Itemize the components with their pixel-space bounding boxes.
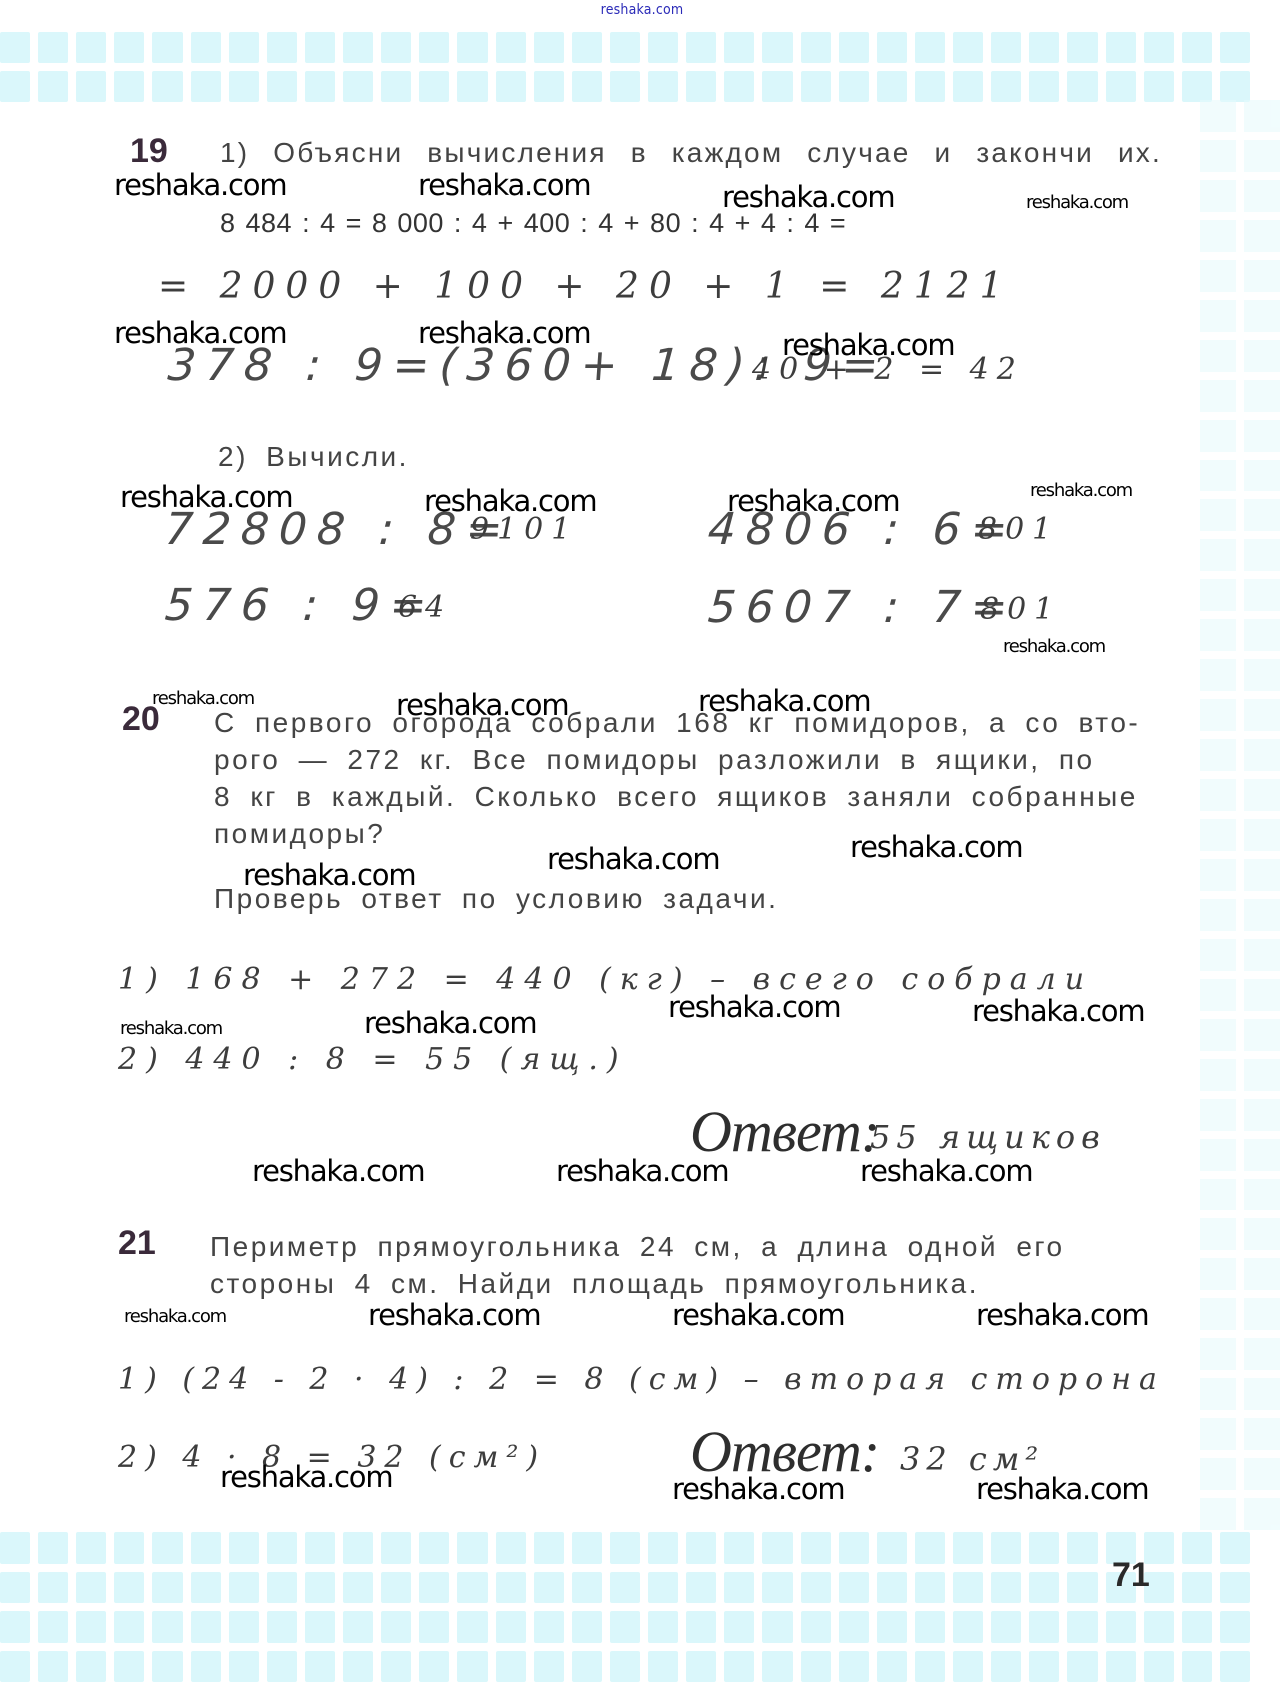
grid-square — [1220, 1651, 1250, 1683]
grid-square — [1244, 819, 1280, 851]
grid-square — [267, 1651, 297, 1683]
grid-square — [1244, 460, 1280, 492]
grid-square — [38, 1572, 68, 1604]
grid-square — [1244, 499, 1280, 531]
grid-square — [1106, 32, 1136, 63]
grid-square — [724, 1572, 754, 1604]
grid-square — [1244, 979, 1280, 1011]
grid-square — [1200, 1338, 1236, 1370]
grid-square — [1244, 699, 1280, 731]
watermark: reshaka.com — [152, 688, 254, 709]
grid-square — [1244, 579, 1280, 611]
grid-square — [1029, 1532, 1059, 1564]
grid-square — [762, 1611, 792, 1643]
grid-square — [114, 1532, 144, 1564]
grid-square — [1200, 180, 1236, 212]
grid-square — [1029, 1611, 1059, 1643]
grid-square — [648, 1532, 678, 1564]
grid-square — [381, 1572, 411, 1604]
watermark: reshaka.com — [860, 1154, 1032, 1188]
task-21-line-2: стороны 4 см. Найди площадь прямоугольни… — [210, 1265, 1065, 1302]
grid-square — [496, 1572, 526, 1604]
grid-square — [1244, 1498, 1280, 1530]
calc-3-answer: 64 — [398, 590, 452, 625]
grid-square — [991, 32, 1021, 63]
grid-square — [610, 1572, 640, 1604]
grid-square — [1220, 1572, 1250, 1604]
grid-square — [1244, 779, 1280, 811]
grid-square — [915, 1532, 945, 1564]
grid-square — [686, 1651, 716, 1683]
grid-square — [114, 1651, 144, 1683]
grid-square — [267, 71, 297, 102]
grid-square — [1200, 579, 1236, 611]
grid-square — [1200, 899, 1236, 931]
grid-square — [114, 1611, 144, 1643]
grid-square — [839, 1611, 869, 1643]
grid-square — [76, 71, 106, 102]
task-20-answer-value: 55 ящиков — [870, 1118, 1106, 1156]
grid-square — [1244, 1258, 1280, 1290]
grid-square — [343, 71, 373, 102]
grid-square — [648, 1572, 678, 1604]
grid-square — [877, 1651, 907, 1683]
grid-square — [419, 1532, 449, 1564]
grid-square — [1244, 1179, 1280, 1211]
grid-square — [38, 1651, 68, 1683]
grid-square — [1182, 1651, 1212, 1683]
grid-square — [1106, 1651, 1136, 1683]
grid-square — [457, 1572, 487, 1604]
grid-square — [1067, 1532, 1097, 1564]
grid-square — [496, 32, 526, 63]
grid-square — [1200, 420, 1236, 452]
grid-square — [1200, 859, 1236, 891]
grid-square — [496, 1651, 526, 1683]
task-19-part1-prompt: 1) Объясни вычисления в каждом случае и … — [220, 134, 1162, 171]
watermark: reshaka.com — [976, 1472, 1148, 1506]
grid-square — [762, 32, 792, 63]
grid-square — [839, 1651, 869, 1683]
grid-square — [343, 1572, 373, 1604]
grid-square — [572, 71, 602, 102]
grid-square — [801, 32, 831, 63]
grid-square — [839, 32, 869, 63]
grid-square — [38, 71, 68, 102]
grid-square — [991, 1651, 1021, 1683]
watermark: reshaka.com — [120, 1018, 222, 1039]
task-20-solution-1: 1) 168 + 272 = 440 (кг) – всего собрали — [118, 962, 1093, 997]
task-21-number: 21 — [118, 1224, 156, 1263]
grid-square — [1244, 100, 1280, 132]
task-20-solution-2: 2) 440 : 8 = 55 (ящ.) — [118, 1042, 628, 1077]
task-19-number: 19 — [130, 132, 168, 171]
watermark: reshaka.com — [220, 1460, 392, 1494]
grid-square — [572, 1611, 602, 1643]
grid-square — [1200, 779, 1236, 811]
watermark: reshaka.com — [120, 480, 292, 514]
grid-square — [191, 1532, 221, 1564]
grid-square — [610, 1651, 640, 1683]
grid-square — [381, 71, 411, 102]
grid-square — [762, 1572, 792, 1604]
grid-square — [1200, 1019, 1236, 1051]
watermark: reshaka.com — [396, 688, 568, 722]
grid-square — [1244, 420, 1280, 452]
calc-4-answer: 801 — [980, 592, 1061, 627]
grid-square — [0, 1572, 30, 1604]
grid-square — [724, 1532, 754, 1564]
grid-square — [1067, 1611, 1097, 1643]
grid-square — [534, 32, 564, 63]
watermark: reshaka.com — [668, 990, 840, 1024]
task-21-solution-1: 1) (24 - 2 · 4) : 2 = 8 (см) – вторая ст… — [118, 1362, 1165, 1397]
grid-square — [38, 32, 68, 63]
grid-square — [1200, 100, 1236, 132]
grid-square — [343, 1651, 373, 1683]
grid-square — [381, 1611, 411, 1643]
grid-square — [839, 1532, 869, 1564]
grid-square — [343, 32, 373, 63]
grid-square — [991, 1572, 1021, 1604]
grid-square — [1200, 659, 1236, 691]
grid-square — [1244, 220, 1280, 252]
grid-square — [534, 1532, 564, 1564]
grid-square — [1244, 1298, 1280, 1330]
watermark: reshaka.com — [1003, 636, 1105, 657]
grid-square — [229, 1611, 259, 1643]
grid-square — [381, 32, 411, 63]
grid-square — [877, 1572, 907, 1604]
watermark: reshaka.com — [698, 684, 870, 718]
watermark: reshaka.com — [850, 830, 1022, 864]
grid-square — [1200, 1179, 1236, 1211]
grid-square — [76, 1611, 106, 1643]
grid-square — [0, 32, 30, 63]
grid-square — [991, 1532, 1021, 1564]
grid-square — [1144, 32, 1174, 63]
grid-square — [114, 1572, 144, 1604]
grid-square — [1220, 32, 1250, 63]
grid-square — [572, 1572, 602, 1604]
grid-square — [648, 1651, 678, 1683]
grid-square — [877, 32, 907, 63]
grid-square — [191, 1572, 221, 1604]
watermark: reshaka.com — [243, 858, 415, 892]
grid-square — [1220, 1532, 1250, 1564]
grid-square — [762, 71, 792, 102]
grid-square — [152, 32, 182, 63]
watermark: reshaka.com — [252, 1154, 424, 1188]
grid-square — [1220, 1611, 1250, 1643]
task-20-line-1: С первого огорода собрали 168 кг помидор… — [214, 704, 1140, 741]
watermark: reshaka.com — [418, 316, 590, 350]
grid-square — [801, 1572, 831, 1604]
grid-square — [724, 1651, 754, 1683]
grid-square — [419, 32, 449, 63]
grid-square — [1029, 1651, 1059, 1683]
grid-square — [1029, 32, 1059, 63]
task-20-line-3: 8 кг в каждый. Сколько всего ящиков заня… — [214, 778, 1140, 815]
grid-square — [0, 1651, 30, 1683]
task-21-text: Периметр прямоугольника 24 см, а длина о… — [210, 1228, 1065, 1302]
grid-square — [381, 1651, 411, 1683]
grid-square — [1200, 300, 1236, 332]
grid-square — [1200, 979, 1236, 1011]
grid-square — [1200, 1458, 1236, 1490]
grid-square — [152, 1611, 182, 1643]
watermark: reshaka.com — [114, 168, 286, 202]
watermark: reshaka.com — [114, 316, 286, 350]
grid-square — [1067, 71, 1097, 102]
page-number: 71 — [1112, 1556, 1150, 1595]
watermark: reshaka.com — [727, 484, 899, 518]
grid-square — [1200, 619, 1236, 651]
grid-square — [839, 71, 869, 102]
grid-square — [343, 1532, 373, 1564]
grid-square — [1244, 300, 1280, 332]
grid-square — [1200, 140, 1236, 172]
grid-square — [267, 1611, 297, 1643]
watermark: reshaka.com — [368, 1298, 540, 1332]
grid-square — [1144, 71, 1174, 102]
grid-square — [1244, 140, 1280, 172]
watermark: reshaka.com — [124, 1306, 226, 1327]
grid-square — [762, 1532, 792, 1564]
grid-square — [1200, 1218, 1236, 1250]
grid-square — [0, 71, 30, 102]
grid-square — [76, 1651, 106, 1683]
grid-square — [229, 1651, 259, 1683]
task-19-example1-handwritten: = 2000 + 100 + 20 + 1 = 2121 — [158, 266, 1012, 307]
calc-4-printed: 5607 : 7= — [706, 582, 1019, 633]
watermark: reshaka.com — [722, 180, 894, 214]
grid-square — [1244, 1218, 1280, 1250]
grid-square — [1244, 899, 1280, 931]
grid-square — [686, 1572, 716, 1604]
grid-square — [1182, 32, 1212, 63]
grid-square — [1200, 1498, 1236, 1530]
watermark: reshaka.com — [424, 484, 596, 518]
grid-square — [1244, 1338, 1280, 1370]
grid-square — [877, 71, 907, 102]
grid-square — [572, 32, 602, 63]
grid-square — [343, 1611, 373, 1643]
grid-square — [801, 1611, 831, 1643]
grid-square — [534, 1611, 564, 1643]
grid-square — [686, 1532, 716, 1564]
grid-square — [381, 1532, 411, 1564]
grid-square — [191, 32, 221, 63]
grid-square — [1106, 1611, 1136, 1643]
grid-square — [572, 1651, 602, 1683]
grid-square — [305, 71, 335, 102]
grid-square — [1200, 819, 1236, 851]
grid-square — [610, 1532, 640, 1564]
grid-square — [610, 71, 640, 102]
grid-square — [1244, 180, 1280, 212]
grid-square — [953, 1532, 983, 1564]
grid-square — [1200, 220, 1236, 252]
grid-square — [1244, 1059, 1280, 1091]
grid-square — [457, 1611, 487, 1643]
grid-square — [0, 1532, 30, 1564]
grid-square — [229, 71, 259, 102]
watermark: reshaka.com — [418, 168, 590, 202]
grid-square — [572, 1532, 602, 1564]
grid-square — [801, 1651, 831, 1683]
grid-square — [991, 1611, 1021, 1643]
watermark: reshaka.com — [547, 842, 719, 876]
grid-square — [1067, 32, 1097, 63]
grid-square — [991, 71, 1021, 102]
grid-square — [1244, 739, 1280, 771]
grid-square — [152, 71, 182, 102]
grid-square — [1244, 1378, 1280, 1410]
grid-square — [1244, 1139, 1280, 1171]
grid-square — [1200, 1258, 1236, 1290]
grid-square — [839, 1572, 869, 1604]
grid-square — [1244, 939, 1280, 971]
grid-square — [1144, 1611, 1174, 1643]
grid-square — [1182, 1532, 1212, 1564]
grid-square — [953, 1611, 983, 1643]
grid-square — [496, 71, 526, 102]
grid-square — [1244, 1099, 1280, 1131]
grid-square — [267, 1572, 297, 1604]
grid-square — [496, 1611, 526, 1643]
grid-square — [1067, 1651, 1097, 1683]
grid-square — [1029, 1572, 1059, 1604]
grid-square — [762, 1651, 792, 1683]
grid-square — [1182, 1611, 1212, 1643]
grid-square — [38, 1611, 68, 1643]
site-header-link[interactable]: reshaka.com — [0, 2, 1284, 18]
grid-square — [419, 1572, 449, 1604]
grid-square — [648, 32, 678, 63]
grid-square — [915, 1651, 945, 1683]
grid-square — [686, 1611, 716, 1643]
grid-square — [724, 1611, 754, 1643]
grid-square — [953, 71, 983, 102]
task-20-line-2: рого — 272 кг. Все помидоры разложили в … — [214, 741, 1140, 778]
grid-square — [305, 1611, 335, 1643]
grid-square — [229, 1572, 259, 1604]
grid-square — [1200, 1059, 1236, 1091]
grid-square — [457, 1651, 487, 1683]
grid-square — [305, 1572, 335, 1604]
grid-square — [496, 1532, 526, 1564]
grid-square — [1220, 71, 1250, 102]
grid-square — [152, 1532, 182, 1564]
grid-square — [915, 1611, 945, 1643]
grid-square — [686, 32, 716, 63]
watermark: reshaka.com — [976, 1298, 1148, 1332]
grid-square — [76, 1532, 106, 1564]
grid-square — [229, 32, 259, 63]
watermark: reshaka.com — [556, 1154, 728, 1188]
grid-square — [457, 71, 487, 102]
grid-square — [1244, 260, 1280, 292]
grid-square — [648, 1611, 678, 1643]
grid-square — [419, 1611, 449, 1643]
decorative-grid-bottom — [0, 1532, 1250, 1682]
grid-square — [953, 1651, 983, 1683]
grid-square — [686, 71, 716, 102]
decorative-grid-top — [0, 32, 1250, 102]
grid-square — [0, 1611, 30, 1643]
task-19-part2-prompt: 2) Вычисли. — [218, 438, 409, 475]
grid-square — [457, 32, 487, 63]
grid-square — [1067, 1572, 1097, 1604]
grid-square — [191, 71, 221, 102]
grid-square — [877, 1611, 907, 1643]
grid-square — [1244, 380, 1280, 412]
watermark: reshaka.com — [672, 1472, 844, 1506]
grid-square — [76, 32, 106, 63]
grid-square — [305, 1532, 335, 1564]
grid-square — [152, 1572, 182, 1604]
grid-square — [1200, 1378, 1236, 1410]
grid-square — [801, 1532, 831, 1564]
grid-square — [610, 1611, 640, 1643]
grid-square — [76, 1572, 106, 1604]
calc-2-answer: 801 — [978, 512, 1059, 547]
grid-square — [1200, 1099, 1236, 1131]
grid-square — [610, 32, 640, 63]
grid-square — [305, 32, 335, 63]
grid-square — [1029, 71, 1059, 102]
watermark: reshaka.com — [782, 328, 954, 362]
grid-square — [1182, 1572, 1212, 1604]
grid-square — [915, 1572, 945, 1604]
grid-square — [38, 1532, 68, 1564]
grid-square — [267, 1532, 297, 1564]
grid-square — [114, 32, 144, 63]
grid-square — [1200, 260, 1236, 292]
grid-square — [152, 1651, 182, 1683]
grid-square — [229, 1532, 259, 1564]
grid-square — [801, 71, 831, 102]
grid-square — [1244, 619, 1280, 651]
grid-square — [534, 71, 564, 102]
grid-square — [1200, 939, 1236, 971]
grid-square — [1182, 71, 1212, 102]
grid-square — [457, 1532, 487, 1564]
grid-square — [305, 1651, 335, 1683]
grid-square — [1244, 340, 1280, 372]
grid-square — [534, 1572, 564, 1604]
grid-square — [724, 71, 754, 102]
grid-square — [1200, 499, 1236, 531]
grid-square — [1200, 739, 1236, 771]
watermark: reshaka.com — [972, 994, 1144, 1028]
grid-square — [1244, 1458, 1280, 1490]
grid-square — [1106, 71, 1136, 102]
grid-square — [1200, 460, 1236, 492]
grid-square — [1200, 699, 1236, 731]
grid-square — [114, 71, 144, 102]
grid-square — [1200, 1418, 1236, 1450]
grid-square — [534, 1651, 564, 1683]
grid-square — [267, 32, 297, 63]
grid-square — [915, 32, 945, 63]
grid-square — [724, 32, 754, 63]
grid-square — [1144, 1651, 1174, 1683]
grid-square — [953, 32, 983, 63]
grid-square — [648, 71, 678, 102]
decorative-grid-right — [1200, 100, 1280, 1530]
